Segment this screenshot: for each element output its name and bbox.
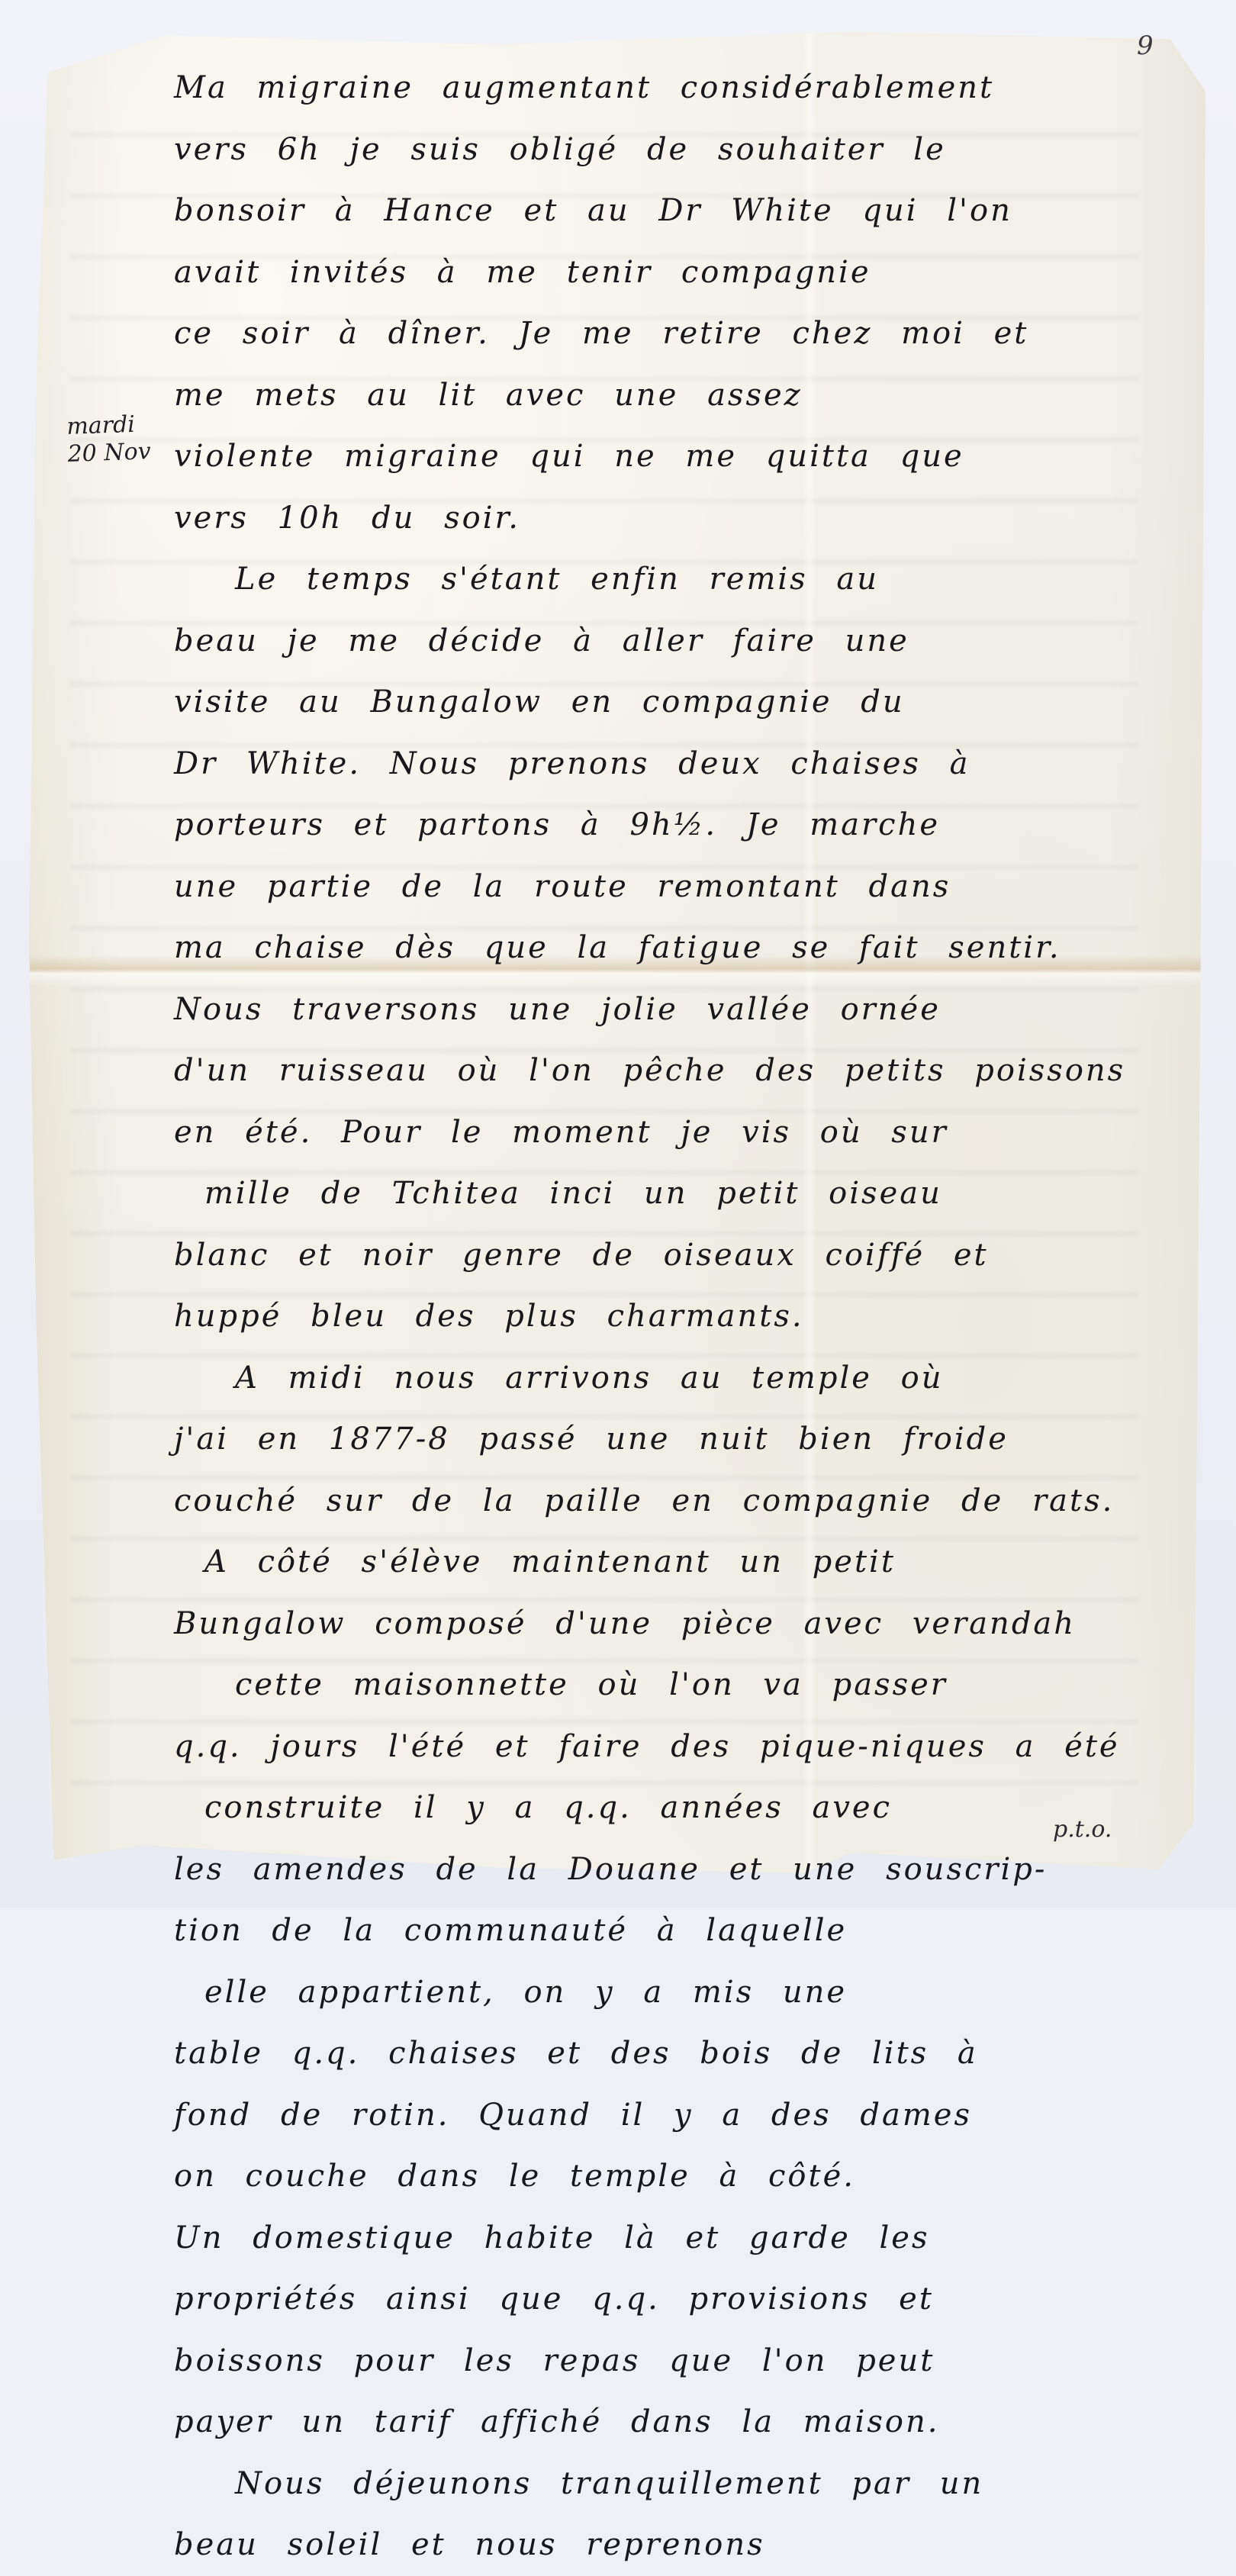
text-line: j'ai en 1877-8 passé une nuit bien froid… bbox=[174, 1409, 1181, 1470]
page-number: 9 bbox=[1137, 31, 1154, 61]
text-line: couché sur de la paille en compagnie de … bbox=[174, 1470, 1181, 1532]
text-line: Nous traversons une jolie vallée ornée bbox=[174, 979, 1181, 1041]
text-line: cette maisonnette où l'on va passer bbox=[174, 1654, 1181, 1716]
margin-date-note: mardi 20 Nov bbox=[66, 411, 151, 469]
text-line: ce soir à dîner. Je me retire chez moi e… bbox=[174, 303, 1181, 365]
text-line: en été. Pour le moment je vis où sur bbox=[174, 1102, 1181, 1164]
text-line: avait invités à me tenir compagnie bbox=[174, 242, 1181, 304]
text-line: huppé bleu des plus charmants. bbox=[174, 1286, 1181, 1348]
text-line: blanc et noir genre de oiseaux coiffé et bbox=[174, 1225, 1181, 1286]
margin-note-day: mardi bbox=[66, 411, 150, 441]
text-line: construite il y a q.q. années avec bbox=[174, 1777, 1181, 1839]
text-line: mille de Tchitea inci un petit oiseau bbox=[174, 1163, 1181, 1225]
text-line: bonsoir à Hance et au Dr White qui l'on bbox=[174, 180, 1181, 242]
text-line: une partie de la route remontant dans bbox=[174, 856, 1181, 918]
text-line: Bungalow composé d'une pièce avec verand… bbox=[174, 1593, 1181, 1655]
paragraph-start-line: Le temps s'étant enfin remis au bbox=[174, 549, 1181, 610]
text-line: vers 6h je suis obligé de souhaiter le bbox=[174, 119, 1181, 181]
text-line: q.q. jours l'été et faire des pique-niqu… bbox=[174, 1716, 1181, 1778]
text-line: tion de la communauté à laquelle bbox=[174, 1900, 1181, 1908]
text-line: vers 10h du soir. bbox=[174, 488, 1181, 549]
text-line: ma chaise dès que la fatigue se fait sen… bbox=[174, 917, 1181, 979]
text-line: me mets au lit avec une assez bbox=[174, 365, 1181, 427]
journal-body: Ma migraine augmentant considérablement … bbox=[174, 57, 1181, 1908]
paragraph-start-line: A midi nous arrivons au temple où bbox=[174, 1348, 1181, 1409]
text-line: visite au Bungalow en compagnie du bbox=[174, 671, 1181, 733]
text-line: A côté s'élève maintenant un petit bbox=[174, 1531, 1181, 1593]
text-line: porteurs et partons à 9h½. Je marche bbox=[174, 794, 1181, 856]
continuation-mark: p.t.o. bbox=[1053, 1816, 1112, 1843]
text-line: beau je me décide à aller faire une bbox=[174, 610, 1181, 672]
text-line: Ma migraine augmentant considérablement bbox=[174, 57, 1181, 119]
text-line: violente migraine qui ne me quitta que bbox=[174, 426, 1181, 488]
text-line: les amendes de la Douane et une souscrip… bbox=[174, 1839, 1181, 1901]
text-line: d'un ruisseau où l'on pêche des petits p… bbox=[174, 1040, 1181, 1102]
margin-note-date: 20 Nov bbox=[67, 438, 151, 469]
text-line: Dr White. Nous prenons deux chaises à bbox=[174, 733, 1181, 795]
